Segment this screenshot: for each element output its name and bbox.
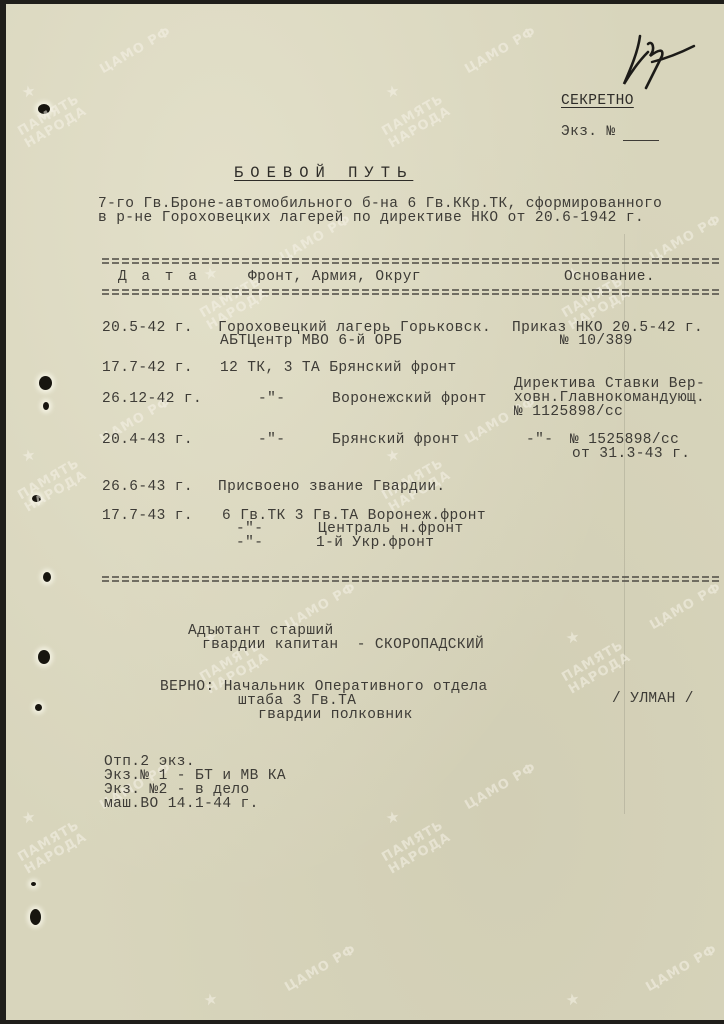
archive-watermark: ЦАМО РФ	[648, 581, 724, 633]
archive-watermark: ЦАМО РФ	[463, 761, 539, 813]
star-icon: ★	[202, 985, 220, 1013]
row-date: 20.5-42 г.	[102, 321, 193, 336]
star-icon: ★	[20, 77, 38, 105]
row-front-sub: 1-й Укр.фронт	[316, 536, 434, 551]
star-icon: ★	[564, 985, 582, 1013]
punch-hole	[35, 704, 42, 711]
punch-hole	[38, 650, 50, 664]
row-front: Воронежский фронт	[332, 392, 487, 407]
star-icon: ★	[20, 441, 38, 469]
archive-watermark: ЦАМО РФ	[644, 943, 720, 995]
row-date: 26.12-42 г.	[102, 392, 202, 407]
star-icon: ★	[20, 803, 38, 831]
table-bottom-rule	[102, 576, 722, 582]
row-basis-number: № 10/389	[560, 334, 633, 349]
certification-rank: гвардии полковник	[258, 708, 413, 723]
copy-number-blank	[623, 140, 659, 141]
certification-name: / УЛМАН /	[612, 692, 694, 707]
star-icon: ★	[564, 623, 582, 651]
row-ditto: -"-	[258, 433, 285, 448]
row-ditto: -"-	[236, 536, 263, 551]
row-front-detail: АБТЦентр МВО 6-й ОРБ	[220, 334, 402, 349]
punch-hole	[43, 402, 49, 410]
footer-typist: маш.ВО 14.1-44 г.	[104, 797, 259, 812]
row-date: 20.4-43 г.	[102, 433, 193, 448]
classification-stamp: СЕКРЕТНО	[561, 94, 634, 109]
row-date: 17.7-43 г.	[102, 509, 193, 524]
table-top-rule	[102, 258, 722, 264]
row-front: Присвоено звание Гвардии.	[218, 480, 446, 495]
punch-hole	[30, 909, 41, 925]
archive-watermark: ЦАМО РФ	[98, 25, 174, 77]
document-subtitle-line2: в р-не Гороховецких лагерей по директиве…	[98, 211, 644, 226]
punch-hole	[43, 572, 51, 582]
col-header-date: Д а т а	[118, 270, 200, 285]
col-header-basis: Основание.	[564, 270, 655, 285]
handwritten-page-number	[618, 22, 698, 92]
row-basis-ditto: -"-	[526, 433, 553, 448]
punch-hole	[39, 376, 52, 390]
archive-watermark: ЦАМО РФ	[283, 943, 359, 995]
row-front: Брянский фронт	[332, 433, 459, 448]
document-page: ЦАМО РФ ЦАМО РФ ЦАМО РФ ЦАМО РФ ЦАМО РФ …	[6, 4, 724, 1020]
table-header-rule	[102, 289, 722, 295]
punch-hole	[31, 882, 36, 886]
row-date: 17.7-42 г.	[102, 361, 193, 376]
document-title: БОЕВОЙ ПУТЬ	[234, 166, 413, 181]
signatory-rank-name: гвардии капитан - СКОРОПАДСКИЙ	[202, 638, 484, 653]
col-header-front: Фронт, Армия, Округ	[248, 270, 421, 285]
star-icon: ★	[384, 77, 402, 105]
row-date: 26.6-43 г.	[102, 480, 193, 495]
copy-number-label: Экз. №	[561, 125, 616, 140]
row-basis-number: № 1125898/сс	[514, 405, 623, 420]
star-icon: ★	[384, 803, 402, 831]
row-front: 12 ТК, 3 ТА Брянский фронт	[220, 361, 457, 376]
row-ditto: -"-	[258, 392, 285, 407]
archive-watermark: ЦАМО РФ	[463, 25, 539, 77]
row-basis-date: от 31.3-43 г.	[572, 447, 690, 462]
